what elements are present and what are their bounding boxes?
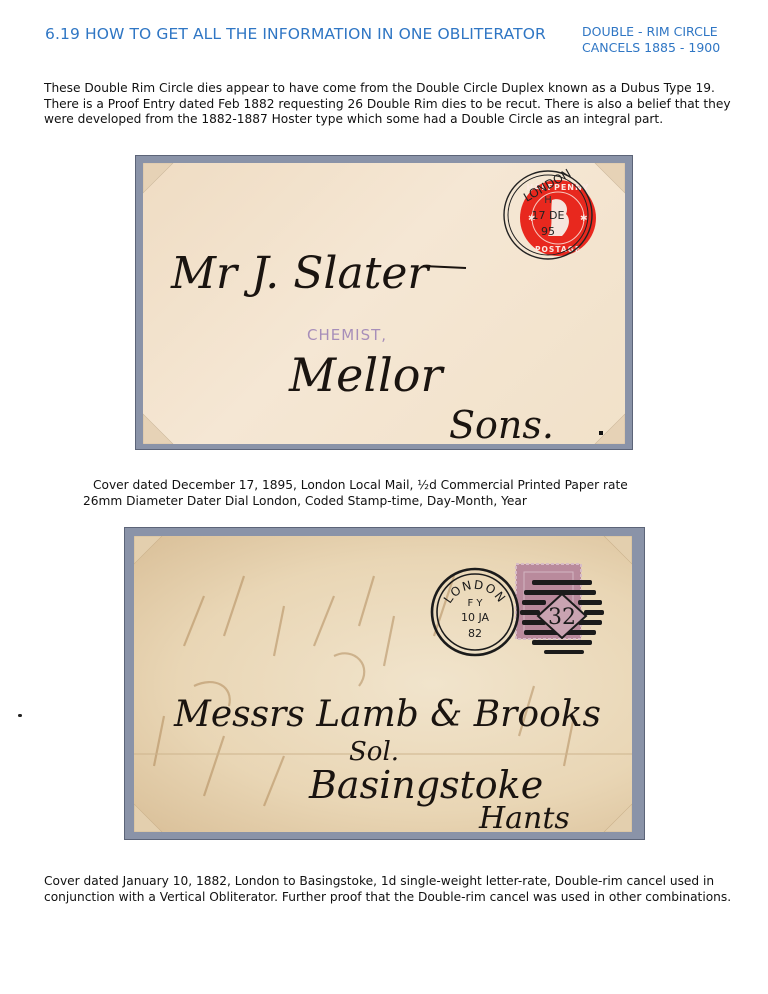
cover-2-postmark: LONDON F Y 10 JA 82 (432, 569, 518, 655)
section-title: DOUBLE - RIM CIRCLE CANCELS 1885 - 1900 (582, 24, 720, 56)
svg-text:Mr J. Slater: Mr J. Slater (170, 248, 431, 299)
svg-text:17 DE: 17 DE (532, 209, 565, 222)
svg-text:H: H (544, 195, 552, 206)
svg-text:95: 95 (541, 225, 555, 238)
cover-1-artwork: HALFPENNY POSTAGE ✱ ✱ LONDON H 17 DE 95 … (143, 163, 625, 444)
cover-1-caption: Cover dated December 17, 1895, London Lo… (93, 477, 628, 509)
svg-text:POSTAGE: POSTAGE (535, 245, 581, 254)
svg-text:✱: ✱ (580, 214, 588, 224)
page-title: 6.19 HOW TO GET ALL THE INFORMATION IN O… (45, 25, 546, 43)
cover-1-envelope: HALFPENNY POSTAGE ✱ ✱ LONDON H 17 DE 95 … (143, 163, 625, 444)
svg-text:Sons.: Sons. (449, 403, 554, 444)
intro-paragraph: These Double Rim Circle dies appear to h… (44, 81, 734, 128)
cover-1-caption-line2: 26mm Diameter Dater Dial London, Coded S… (83, 493, 628, 509)
svg-text:Mellor: Mellor (288, 348, 445, 402)
svg-text:82: 82 (468, 627, 482, 640)
cover-1-caption-line1: Cover dated December 17, 1895, London Lo… (93, 477, 628, 493)
cover-1-mount: HALFPENNY POSTAGE ✱ ✱ LONDON H 17 DE 95 … (135, 155, 633, 450)
cover-2-artwork: 32 LONDON F Y 10 JA 82 Messrs Lamb & Bro… (134, 536, 632, 832)
cover-2-mount: 32 LONDON F Y 10 JA 82 Messrs Lamb & Bro… (124, 527, 645, 840)
svg-text:Hants: Hants (478, 801, 570, 832)
section-title-line2: CANCELS 1885 - 1900 (582, 40, 720, 56)
cover-2-envelope: 32 LONDON F Y 10 JA 82 Messrs Lamb & Bro… (134, 536, 632, 832)
stray-ink-mark (18, 714, 22, 717)
svg-text:CHEMIST,: CHEMIST, (307, 326, 387, 344)
svg-text:F Y: F Y (467, 598, 483, 609)
section-title-line1: DOUBLE - RIM CIRCLE (582, 24, 720, 40)
cover-2-caption: Cover dated January 10, 1882, London to … (44, 873, 744, 905)
svg-text:10 JA: 10 JA (461, 611, 490, 624)
svg-text:Messrs Lamb & Brooks: Messrs Lamb & Brooks (173, 694, 601, 735)
svg-text:32: 32 (548, 605, 576, 630)
